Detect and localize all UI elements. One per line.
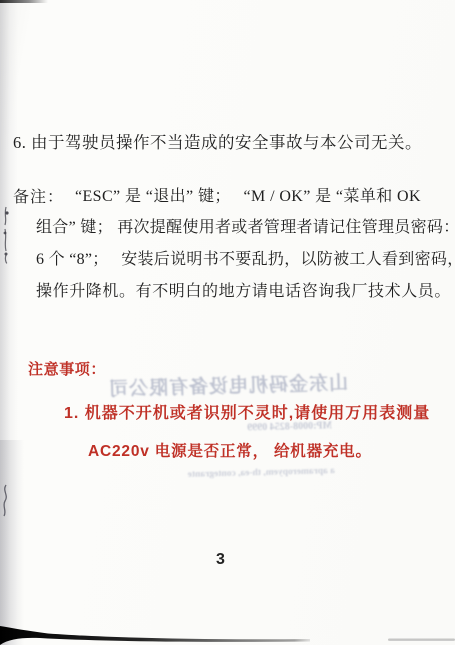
scan-edge-top xyxy=(0,0,48,3)
notice-item-1-line-2: AC220v 电源是否正常， 给机器充电。 xyxy=(88,439,372,461)
remark-label: 备注： xyxy=(13,184,64,207)
list-item-6: 6. 由于驾驶员操作不当造成的安全事故与本公司无关。 xyxy=(13,129,422,153)
page-number: 3 xyxy=(216,551,225,569)
bleedthrough-company-text: 山东金码机电设备有限公司 xyxy=(108,368,349,401)
remark-line-1: “ESC” 是 “退出” 键； “M / OK” 是 “菜单和 OK xyxy=(75,183,421,206)
scan-edge-bottom xyxy=(0,620,455,645)
remark-line-4: 操作升降机。有不明白的地方请电话咨询我厂技术人员。 xyxy=(36,278,451,301)
notice-item-1-line-1: 1. 机器不开机或者识别不灵时,请使用万用表测量 xyxy=(64,400,430,423)
scanned-manual-page: 山东金码机电设备有限公司 MP:0008-8254 0999 a apramer… xyxy=(0,0,455,645)
remark-line-3: 6 个 “8”； 安装后说明书不要乱扔，以防被工人看到密码， xyxy=(36,246,455,269)
notice-heading: 注意事项： xyxy=(28,358,106,379)
remark-line-2: 组合” 键； 再次提醒使用者或者管理者请记住管理员密码： xyxy=(36,214,455,237)
bleedthrough-footer-text: a aprameropyem, th-ea, contegrante xyxy=(110,466,335,482)
page-curl-shadow xyxy=(0,440,30,645)
